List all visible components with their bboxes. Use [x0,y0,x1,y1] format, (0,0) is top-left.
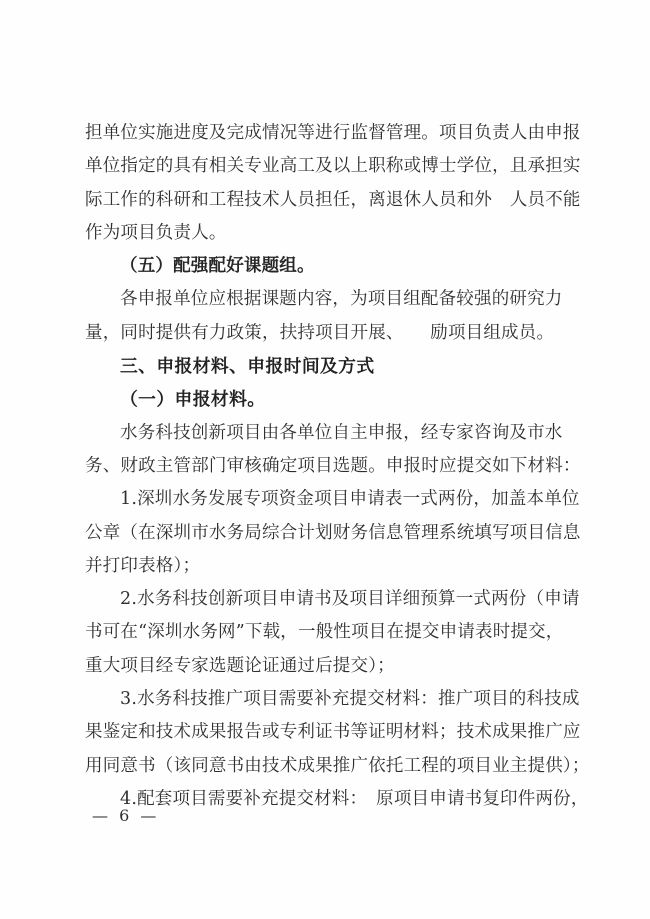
text-line: 担单位实施进度及完成情况等进行监督管理。项目负责人由申报 [85,117,577,150]
subsection-heading-1-materials: （一）申报材料。 [85,383,577,416]
text-line: 量，同时提供有力政策，扶持项目开展、 励项目组成员。 [85,317,577,350]
text-line: 务、财政主管部门审核确定项目选题。申报时应提交如下材料： [85,450,577,483]
list-item-1: 1.深圳水务发展专项资金项目申请表一式两份，加盖本单位 [85,483,577,516]
text-line: 用同意书（该同意书由技术成果推广依托工程的项目业主提供）； [85,750,577,783]
text-line: 作为项目负责人。 [85,217,577,250]
section-heading-3-application-materials: 三、申报材料、申报时间及方式 [85,350,577,383]
text-line: 单位指定的具有相关专业高工及以上职称或博士学位，且承担实 [85,150,577,183]
text-line: 际工作的科研和工程技术人员担任，离退休人员和外 人员不能 [85,184,577,217]
text-line: 各申报单位应根据课题内容，为项目组配备较强的研究力 [85,283,577,316]
text-line: 果鉴定和技术成果报告或专利证书等证明材料；技术成果推广应 [85,716,577,749]
text-line: 并打印表格）； [85,550,577,583]
text-line: 公章（在深圳市水务局综合计划财务信息管理系统填写项目信息 [85,517,577,550]
list-item-2: 2.水务科技创新项目申请书及项目详细预算一式两份（申请 [85,583,577,616]
text-line: 书可在“深圳水务网”下载，一般性项目在提交申请表时提交， [85,616,577,649]
page-number: — 6 — [92,803,159,829]
text-line: 水务科技创新项目由各单位自主申报，经专家咨询及市水 [85,417,577,450]
section-heading-5-strengthen-team: （五）配强配好课题组。 [85,250,577,283]
list-item-3: 3.水务科技推广项目需要补充提交材料：推广项目的科技成 [85,683,577,716]
document-page: 担单位实施进度及完成情况等进行监督管理。项目负责人由申报 单位指定的具有相关专业… [0,0,650,919]
text-block: 担单位实施进度及完成情况等进行监督管理。项目负责人由申报 单位指定的具有相关专业… [85,117,577,816]
text-line: 重大项目经专家选题论证通过后提交）； [85,650,577,683]
